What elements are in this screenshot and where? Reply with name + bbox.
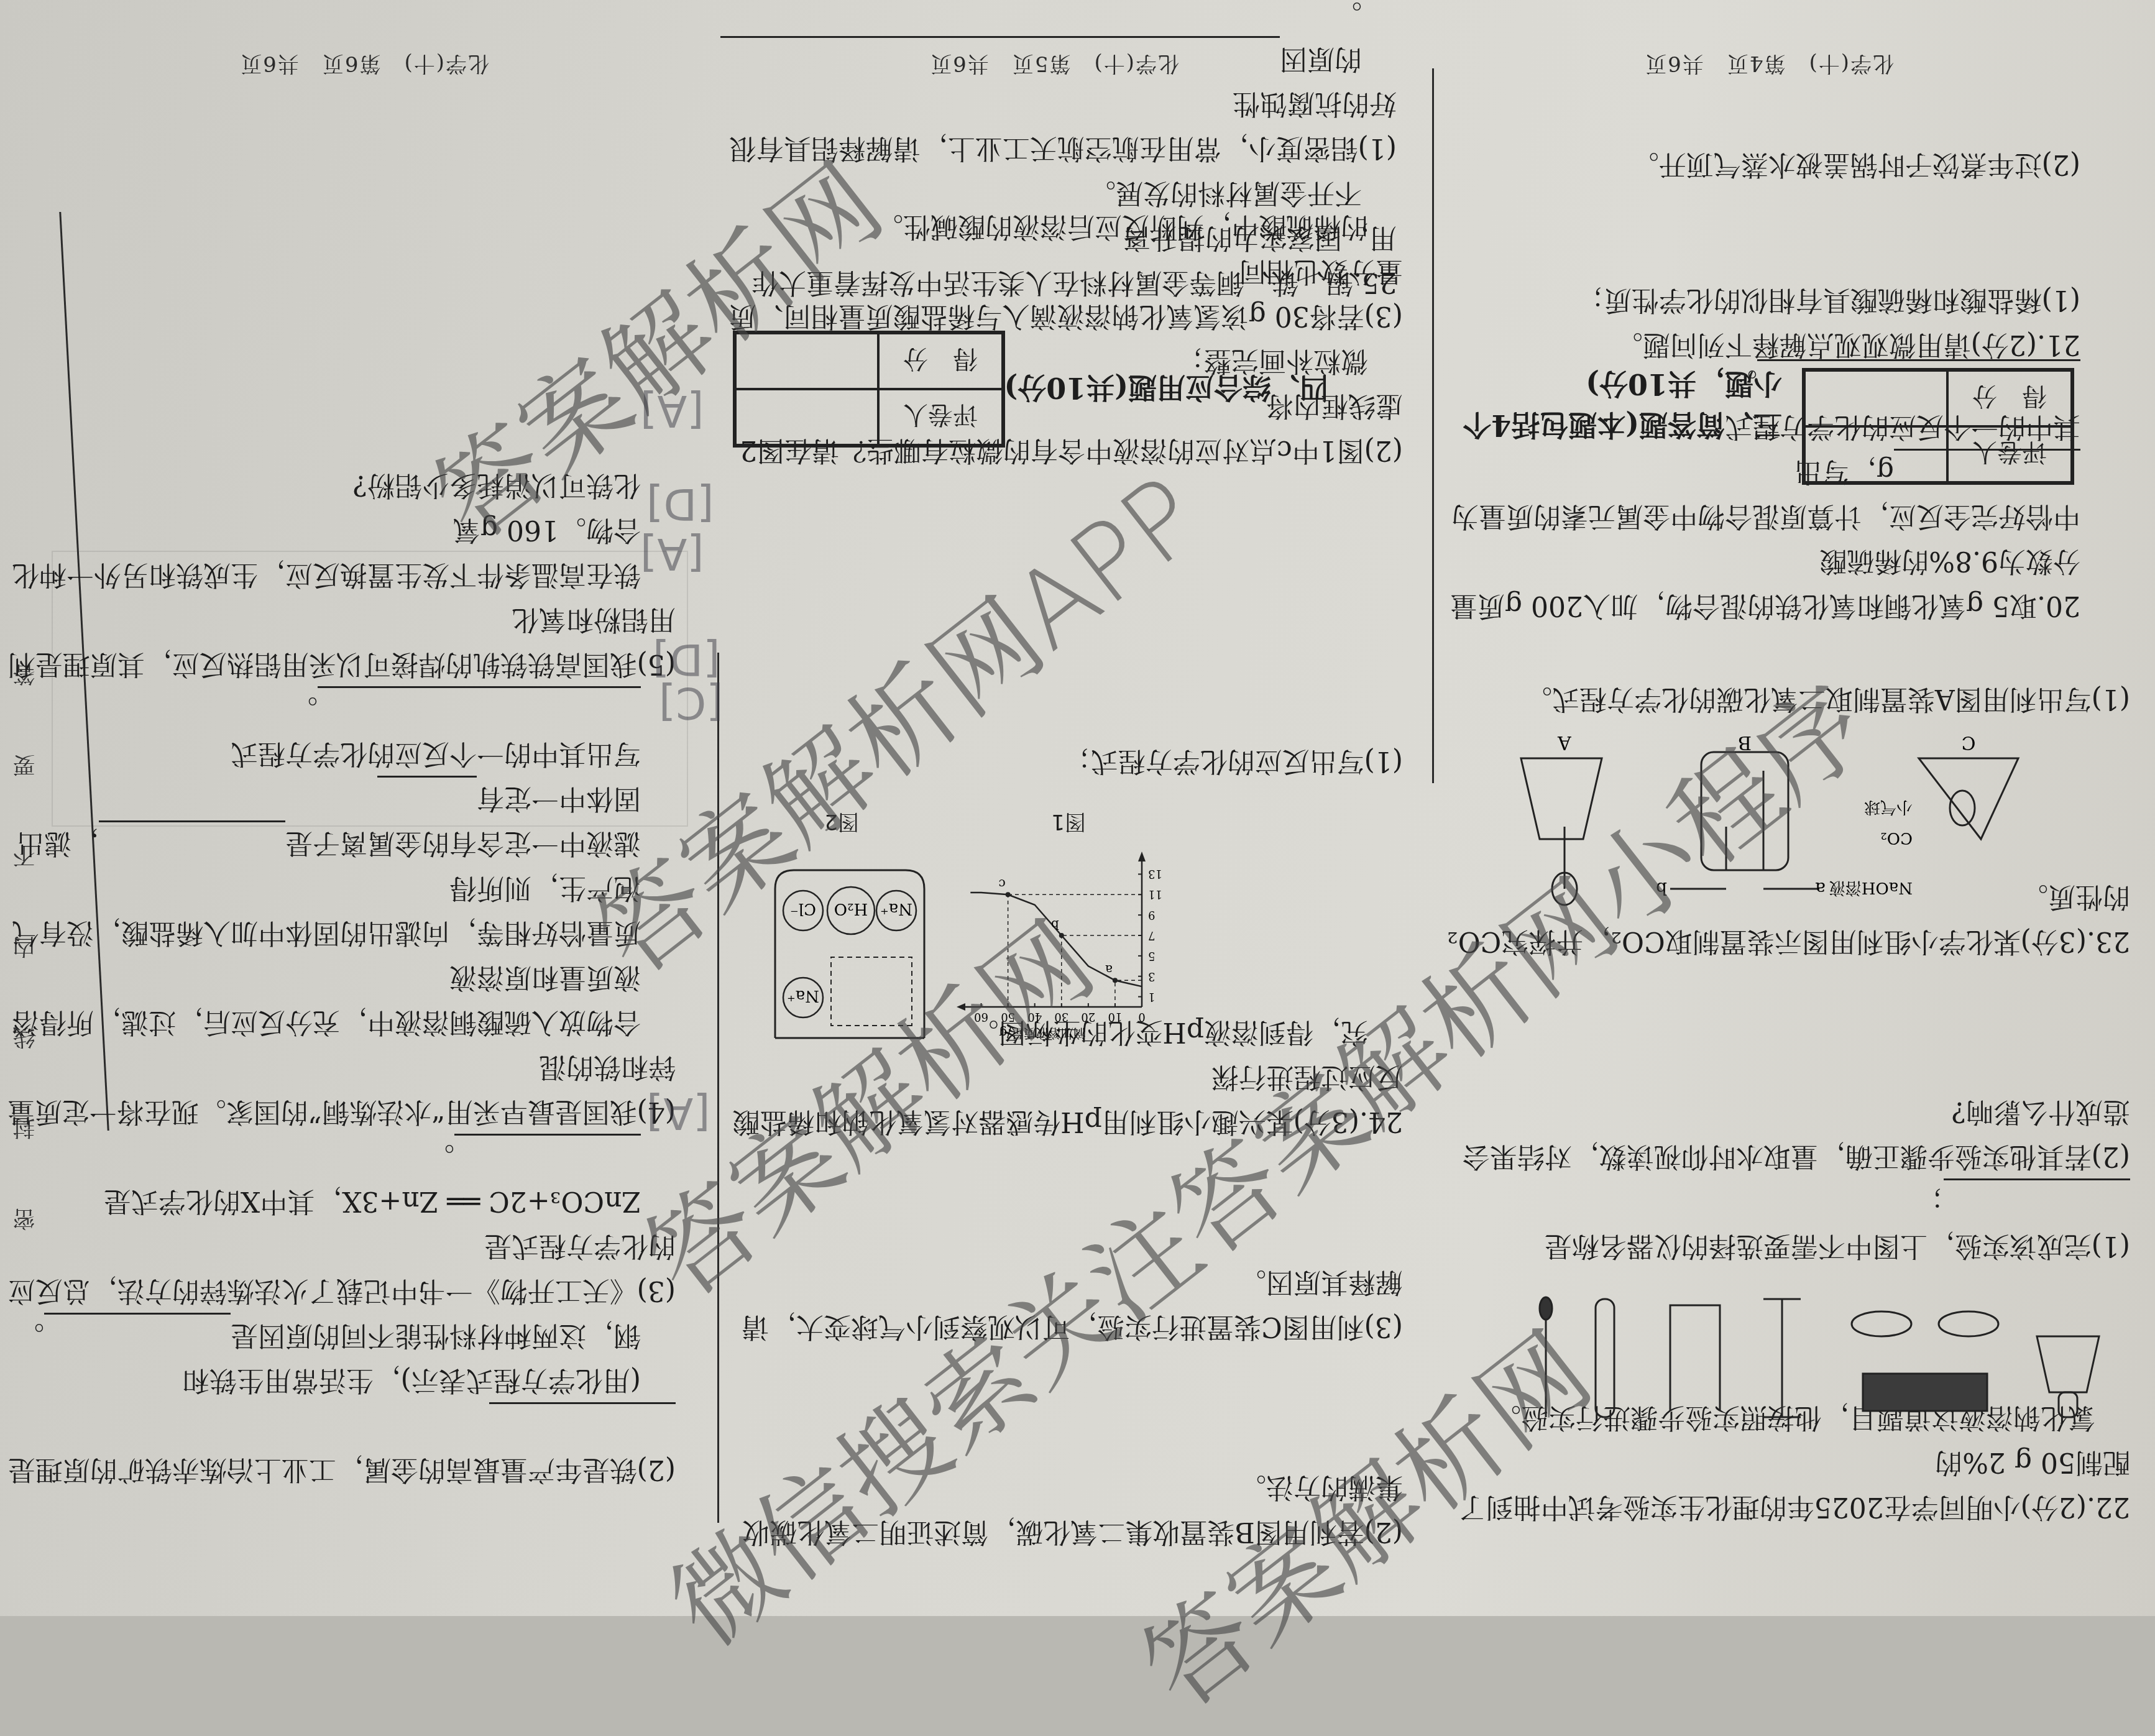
svg-text:Na⁺: Na⁺ <box>787 986 819 1005</box>
svg-text:NaOH溶液: NaOH溶液 <box>1829 878 1913 897</box>
question-23-part-3: (3)利用图C装置进行实验，可以观察到小气球变大，请解释其原因。 <box>719 1259 1403 1349</box>
ph-chart: pH滴加溶液质量/g0102030405060135791113abc <box>949 845 1185 1044</box>
handwritten-answer-mark: [A] <box>646 1088 710 1139</box>
handwritten-answer-mark: [A] <box>640 385 704 436</box>
svg-text:a: a <box>1105 962 1113 977</box>
svg-text:30: 30 <box>1054 1010 1068 1023</box>
answer-blank[interactable] <box>1944 1178 2130 1205</box>
exam-sheet: 密封线内不要答 20.取5 g氧化铜和氧化铁的混合物，加入200 g质量分数为9… <box>0 0 2155 1616</box>
svg-text:Na⁺: Na⁺ <box>880 899 912 918</box>
particle-diagram: Na⁺ Na⁺ H₂O Cl⁻ <box>769 858 930 1044</box>
svg-text:A: A <box>1558 733 1572 753</box>
svg-text:13: 13 <box>1148 867 1162 880</box>
show-through-table <box>52 551 688 827</box>
answer-blank[interactable] <box>44 1313 231 1339</box>
svg-text:C: C <box>1962 733 1976 753</box>
section-4-title: 四、综合应用题(共10分) <box>1004 369 1328 410</box>
score-cell[interactable] <box>735 333 878 389</box>
answer-blank[interactable] <box>720 36 1280 63</box>
svg-text:50: 50 <box>1001 1010 1015 1023</box>
answer-blank[interactable] <box>454 1134 641 1160</box>
handwritten-answer-mark: [C] <box>659 677 724 728</box>
question-23-part-1: (1)写出利用图A装置制取二氧化碳的化学方程式。 <box>1446 676 2130 721</box>
svg-text:b: b <box>1656 878 1667 899</box>
svg-text:40: 40 <box>1027 1010 1042 1023</box>
svg-text:5: 5 <box>1148 949 1155 962</box>
svg-text:0: 0 <box>1138 1010 1145 1023</box>
svg-text:20: 20 <box>1081 1010 1095 1023</box>
dashed-drawing-box[interactable] <box>831 957 912 1026</box>
svg-text:b: b <box>1051 917 1059 932</box>
handwritten-answer-mark: [D] <box>646 479 714 530</box>
question-25: 25.铝、铁、铜等金属材料在人类生活中发挥着重大作用，国家实力的提升离 不开金属… <box>713 0 1397 305</box>
page-6: (2)铁是年产量最高的金属，工业上冶炼赤铁矿的原理是 (用化学方程式表示)，生活… <box>0 0 713 1616</box>
question-22-parts: (1)完成该实验，上图中不需要选择的仪器名称是； (2)若其他实验步骤正确，量取… <box>1446 1089 2130 1268</box>
svg-text:滴加溶液质量/g: 滴加溶液质量/g <box>999 1026 1086 1040</box>
co2-apparatus-figure: A B C a b NaOH溶液 CO₂ 小气球 <box>1496 733 2056 907</box>
svg-text:7: 7 <box>1148 929 1155 942</box>
page-footer: 化学(十) 第6页 共6页 <box>239 50 489 81</box>
svg-text:c: c <box>998 876 1005 891</box>
svg-text:B: B <box>1738 733 1752 753</box>
question-23-cont: (2)若利用图B装置收集二氧化碳，简述证明二氧化碳收集满的方法。 <box>719 1464 1403 1554</box>
answer-blank[interactable] <box>489 1402 676 1429</box>
svg-text:小气球: 小气球 <box>1864 797 1913 816</box>
svg-text:CO₂: CO₂ <box>1880 829 1913 847</box>
svg-text:9: 9 <box>1148 908 1155 921</box>
svg-text:a: a <box>1815 878 1826 899</box>
svg-text:11: 11 <box>1148 888 1162 901</box>
figure-2-caption: 图2 <box>824 809 859 839</box>
handwritten-answer-mark: [A] <box>640 528 704 579</box>
lab-apparatus-figure <box>1484 1287 2105 1430</box>
grader-cell[interactable] <box>735 389 878 445</box>
svg-text:60: 60 <box>974 1010 988 1023</box>
page-footer: 化学(十) 第4页 共6页 <box>1644 50 1894 81</box>
svg-text:1: 1 <box>1148 990 1155 1003</box>
score-box-section4: 评卷人 得 分 <box>733 331 1005 448</box>
figure-1-caption: 图1 <box>1051 809 1086 839</box>
svg-text:10: 10 <box>1108 1010 1122 1023</box>
svg-text:H₂O: H₂O <box>834 899 868 918</box>
question-24-parts: (1)写出反应的化学方程式； <box>719 738 1403 783</box>
svg-text:Cl⁻: Cl⁻ <box>790 899 816 918</box>
svg-text:3: 3 <box>1148 970 1155 983</box>
